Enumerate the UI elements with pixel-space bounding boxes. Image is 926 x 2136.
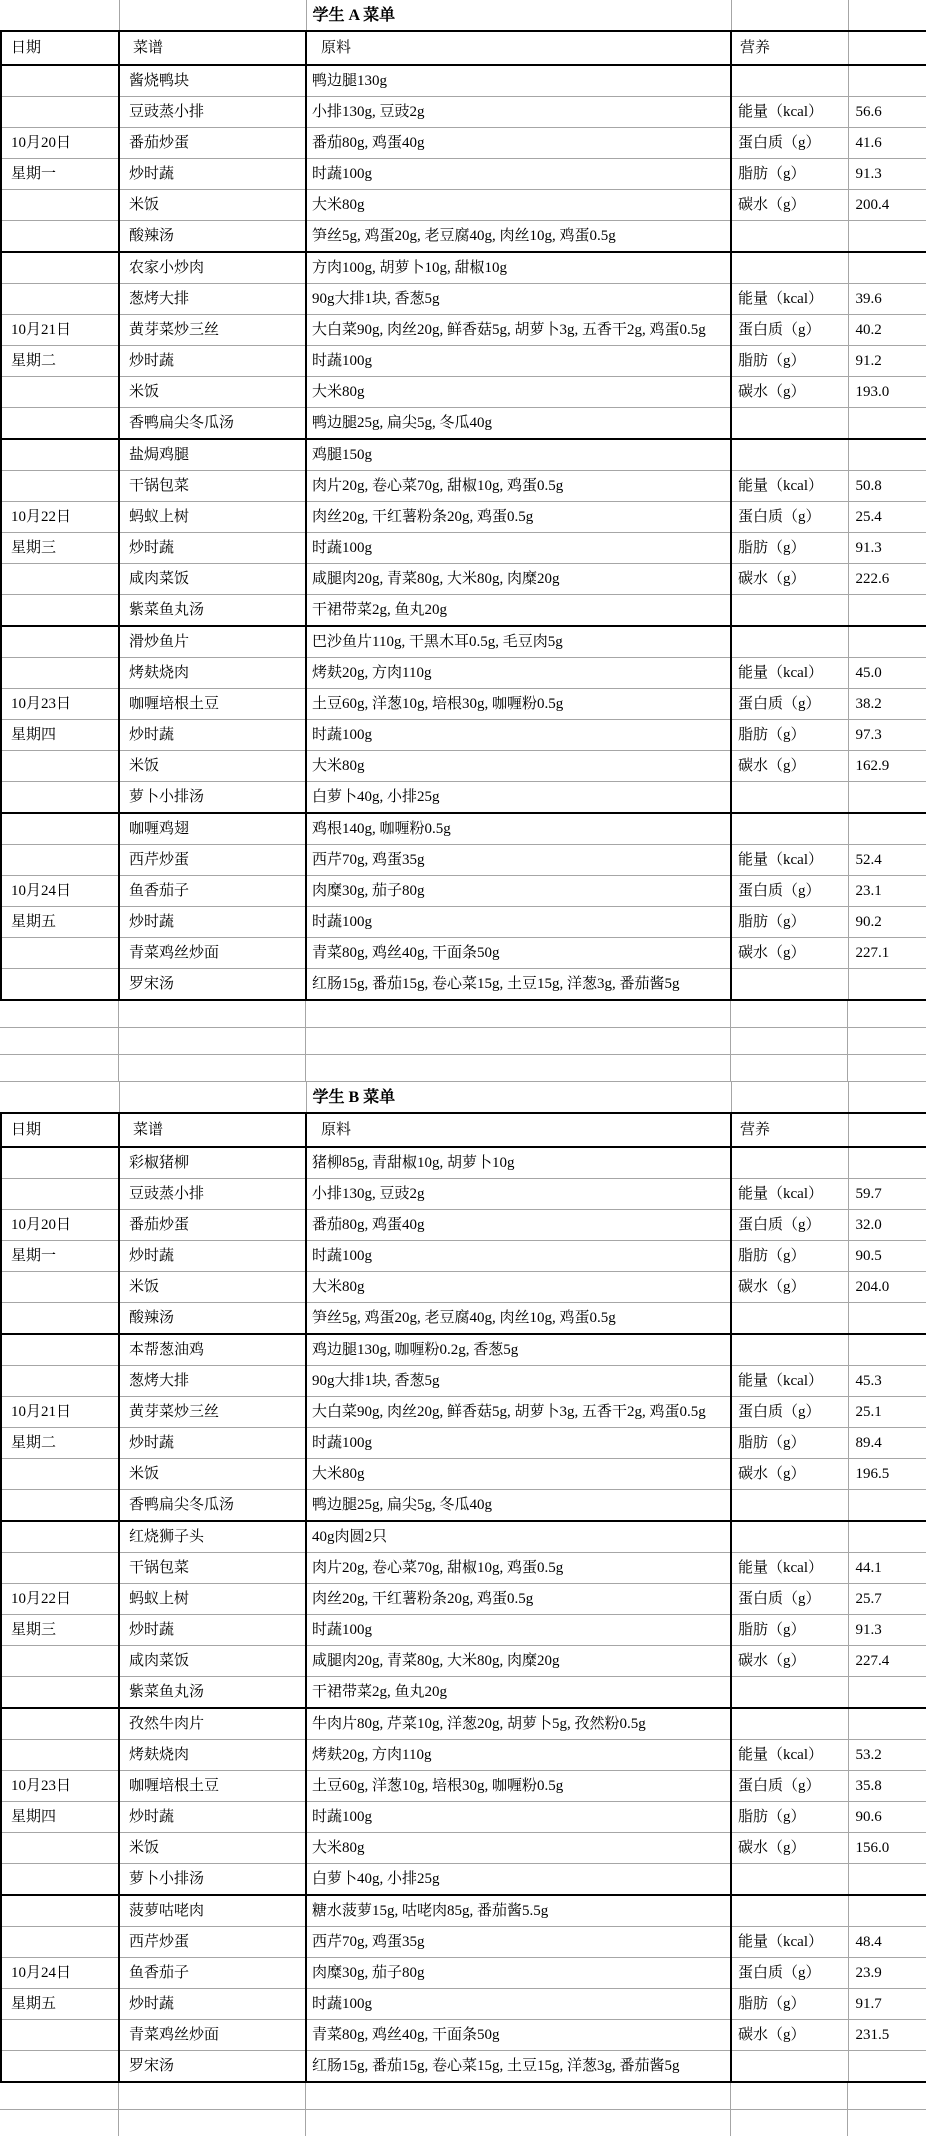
dish-name-cell: 咖喱培根土豆	[119, 689, 306, 720]
empty-row	[0, 2083, 926, 2110]
dish-row: 香鸭扁尖冬瓜汤鸭边腿25g, 扁尖5g, 冬瓜40g	[1, 1490, 926, 1522]
column-header-ingredients: 原料	[306, 31, 731, 65]
date-cell	[1, 1521, 119, 1553]
dish-row: 菠萝咕咾肉糖水菠萝15g, 咕咾肉85g, 番茄酱5.5g	[1, 1895, 926, 1927]
nutrition-label-cell: 能量（kcal）	[731, 97, 848, 128]
dish-name-cell: 炒时蔬	[119, 1802, 306, 1833]
nutrition-value-cell: 204.0	[848, 1272, 926, 1303]
nutrition-label-cell: 脂肪（g）	[731, 907, 848, 938]
nutrition-value-cell: 53.2	[848, 1740, 926, 1771]
ingredients-cell: 时蔬100g	[306, 1428, 731, 1459]
date-cell	[1, 408, 119, 440]
dish-name-cell: 黄芽菜炒三丝	[119, 1397, 306, 1428]
nutrition-value-cell	[848, 2051, 926, 2083]
date-cell	[1, 1147, 119, 1179]
dish-row: 盐焗鸡腿鸡腿150g	[1, 439, 926, 471]
date-cell: 星期二	[1, 346, 119, 377]
ingredients-cell: 鸡腿150g	[306, 439, 731, 471]
nutrition-value-cell: 38.2	[848, 689, 926, 720]
ingredients-cell: 肉片20g, 卷心菜70g, 甜椒10g, 鸡蛋0.5g	[306, 1553, 731, 1584]
date-cell: 星期五	[1, 1989, 119, 2020]
dish-row: 酱烧鸭块鸭边腿130g	[1, 65, 926, 97]
dish-name-cell: 炒时蔬	[119, 1989, 306, 2020]
date-cell	[1, 938, 119, 969]
nutrition-label-cell: 蛋白质（g）	[731, 128, 848, 159]
day-block: 本帮葱油鸡鸡边腿130g, 咖喱粉0.2g, 香葱5g葱烤大排90g大排1块, …	[1, 1334, 926, 1521]
ingredients-cell: 时蔬100g	[306, 1615, 731, 1646]
dish-name-cell: 炒时蔬	[119, 159, 306, 190]
date-cell: 星期三	[1, 533, 119, 564]
dish-row: 星期一炒时蔬时蔬100g脂肪（g）91.3	[1, 159, 926, 190]
nutrition-value-cell: 222.6	[848, 564, 926, 595]
dish-row: 酸辣汤笋丝5g, 鸡蛋20g, 老豆腐40g, 肉丝10g, 鸡蛋0.5g	[1, 1303, 926, 1335]
nutrition-label-cell: 能量（kcal）	[731, 1927, 848, 1958]
date-cell: 星期一	[1, 1241, 119, 1272]
date-cell	[1, 1459, 119, 1490]
nutrition-value-cell	[848, 782, 926, 814]
nutrition-label-cell: 碳水（g）	[731, 1646, 848, 1677]
date-cell: 星期一	[1, 159, 119, 190]
nutrition-value-cell	[848, 1490, 926, 1522]
dish-name-cell: 炒时蔬	[119, 720, 306, 751]
ingredients-cell: 西芹70g, 鸡蛋35g	[306, 1927, 731, 1958]
dish-name-cell: 黄芽菜炒三丝	[119, 315, 306, 346]
nutrition-label-cell	[731, 813, 848, 845]
dish-row: 烤麸烧肉烤麸20g, 方肉110g能量（kcal）45.0	[1, 658, 926, 689]
nutrition-value-cell: 35.8	[848, 1771, 926, 1802]
nutrition-label-cell: 能量（kcal）	[731, 1179, 848, 1210]
dish-row: 10月23日咖喱培根土豆土豆60g, 洋葱10g, 培根30g, 咖喱粉0.5g…	[1, 1771, 926, 1802]
empty-cell	[119, 0, 306, 31]
dish-row: 星期四炒时蔬时蔬100g脂肪（g）97.3	[1, 720, 926, 751]
ingredients-cell: 大米80g	[306, 190, 731, 221]
nutrition-label-cell	[731, 1864, 848, 1896]
day-block: 红烧狮子头40g肉圆2只干锅包菜肉片20g, 卷心菜70g, 甜椒10g, 鸡蛋…	[1, 1521, 926, 1708]
dish-row: 星期二炒时蔬时蔬100g脂肪（g）89.4	[1, 1428, 926, 1459]
nutrition-label-cell	[731, 65, 848, 97]
date-cell: 10月22日	[1, 502, 119, 533]
nutrition-value-cell: 40.2	[848, 315, 926, 346]
nutrition-label-cell	[731, 1303, 848, 1335]
nutrition-label-cell: 脂肪（g）	[731, 533, 848, 564]
ingredients-cell: 白萝卜40g, 小排25g	[306, 782, 731, 814]
dish-name-cell: 萝卜小排汤	[119, 1864, 306, 1896]
dish-name-cell: 红烧狮子头	[119, 1521, 306, 1553]
nutrition-value-cell: 200.4	[848, 190, 926, 221]
nutrition-label-cell	[731, 221, 848, 253]
nutrition-value-cell: 196.5	[848, 1459, 926, 1490]
menu-a-title-row: 学生 A 菜单	[1, 0, 926, 31]
ingredients-cell: 时蔬100g	[306, 1802, 731, 1833]
dish-name-cell: 鱼香茄子	[119, 1958, 306, 1989]
menu-b-table: 学生 B 菜单 日期 菜谱 原料 营养 彩椒猪柳猪柳85g, 青甜椒10g, 胡…	[0, 1082, 926, 2083]
ingredients-cell: 巴沙鱼片110g, 干黑木耳0.5g, 毛豆肉5g	[306, 626, 731, 658]
nutrition-label-cell	[731, 408, 848, 440]
dish-row: 农家小炒肉方肉100g, 胡萝卜10g, 甜椒10g	[1, 252, 926, 284]
day-block: 滑炒鱼片巴沙鱼片110g, 干黑木耳0.5g, 毛豆肉5g烤麸烧肉烤麸20g, …	[1, 626, 926, 813]
empty-row	[0, 1001, 926, 1028]
nutrition-value-cell	[848, 1521, 926, 1553]
ingredients-cell: 笋丝5g, 鸡蛋20g, 老豆腐40g, 肉丝10g, 鸡蛋0.5g	[306, 1303, 731, 1335]
column-header-nutrition: 营养	[731, 1113, 848, 1147]
date-cell	[1, 782, 119, 814]
date-cell	[1, 2051, 119, 2083]
nutrition-value-cell	[848, 1895, 926, 1927]
dish-name-cell: 罗宋汤	[119, 2051, 306, 2083]
date-cell: 10月22日	[1, 1584, 119, 1615]
dish-name-cell: 紫菜鱼丸汤	[119, 595, 306, 627]
nutrition-label-cell: 脂肪（g）	[731, 346, 848, 377]
dish-name-cell: 紫菜鱼丸汤	[119, 1677, 306, 1709]
nutrition-value-cell: 193.0	[848, 377, 926, 408]
dish-row: 咖喱鸡翅鸡根140g, 咖喱粉0.5g	[1, 813, 926, 845]
dish-name-cell: 青菜鸡丝炒面	[119, 938, 306, 969]
date-cell	[1, 252, 119, 284]
dish-row: 10月21日黄芽菜炒三丝大白菜90g, 肉丝20g, 鲜香菇5g, 胡萝卜3g,…	[1, 315, 926, 346]
nutrition-value-cell	[848, 221, 926, 253]
ingredients-cell: 时蔬100g	[306, 1241, 731, 1272]
date-cell	[1, 1334, 119, 1366]
ingredients-cell: 90g大排1块, 香葱5g	[306, 1366, 731, 1397]
dish-row: 彩椒猪柳猪柳85g, 青甜椒10g, 胡萝卜10g	[1, 1147, 926, 1179]
ingredients-cell: 时蔬100g	[306, 533, 731, 564]
date-cell	[1, 969, 119, 1001]
dish-row: 萝卜小排汤白萝卜40g, 小排25g	[1, 782, 926, 814]
menu-a-header-row: 日期 菜谱 原料 营养	[1, 31, 926, 65]
ingredients-cell: 番茄80g, 鸡蛋40g	[306, 128, 731, 159]
nutrition-label-cell: 蛋白质（g）	[731, 502, 848, 533]
date-cell	[1, 1708, 119, 1740]
date-cell	[1, 65, 119, 97]
ingredients-cell: 青菜80g, 鸡丝40g, 干面条50g	[306, 938, 731, 969]
nutrition-label-cell	[731, 1708, 848, 1740]
nutrition-label-cell: 蛋白质（g）	[731, 1958, 848, 1989]
empty-row	[0, 1028, 926, 1055]
ingredients-cell: 小排130g, 豆豉2g	[306, 1179, 731, 1210]
nutrition-value-cell: 32.0	[848, 1210, 926, 1241]
dish-name-cell: 酸辣汤	[119, 1303, 306, 1335]
menu-a-table: 学生 A 菜单 日期 菜谱 原料 营养 酱烧鸭块鸭边腿130g豆豉蒸小排小排13…	[0, 0, 926, 1001]
date-cell	[1, 1677, 119, 1709]
ingredients-cell: 大白菜90g, 肉丝20g, 鲜香菇5g, 胡萝卜3g, 五香干2g, 鸡蛋0.…	[306, 1397, 731, 1428]
ingredients-cell: 咸腿肉20g, 青菜80g, 大米80g, 肉糜20g	[306, 1646, 731, 1677]
dish-name-cell: 盐焗鸡腿	[119, 439, 306, 471]
nutrition-value-cell: 25.1	[848, 1397, 926, 1428]
menu-b-title: 学生 B 菜单	[306, 1082, 731, 1113]
date-cell	[1, 1366, 119, 1397]
dish-name-cell: 烤麸烧肉	[119, 1740, 306, 1771]
dish-row: 干锅包菜肉片20g, 卷心菜70g, 甜椒10g, 鸡蛋0.5g能量（kcal）…	[1, 1553, 926, 1584]
dish-name-cell: 青菜鸡丝炒面	[119, 2020, 306, 2051]
day-block: 咖喱鸡翅鸡根140g, 咖喱粉0.5g西芹炒蛋西芹70g, 鸡蛋35g能量（kc…	[1, 813, 926, 1000]
dish-row: 咸肉菜饭咸腿肉20g, 青菜80g, 大米80g, 肉糜20g碳水（g）227.…	[1, 1646, 926, 1677]
nutrition-label-cell	[731, 1521, 848, 1553]
nutrition-value-cell: 227.1	[848, 938, 926, 969]
nutrition-label-cell	[731, 969, 848, 1001]
ingredients-cell: 烤麸20g, 方肉110g	[306, 658, 731, 689]
nutrition-value-cell: 41.6	[848, 128, 926, 159]
nutrition-label-cell: 脂肪（g）	[731, 1802, 848, 1833]
dish-row: 星期四炒时蔬时蔬100g脂肪（g）90.6	[1, 1802, 926, 1833]
nutrition-label-cell: 能量（kcal）	[731, 1366, 848, 1397]
date-cell	[1, 626, 119, 658]
ingredients-cell: 牛肉片80g, 芹菜10g, 洋葱20g, 胡萝卜5g, 孜然粉0.5g	[306, 1708, 731, 1740]
date-cell: 10月23日	[1, 689, 119, 720]
nutrition-value-cell: 91.3	[848, 1615, 926, 1646]
dish-name-cell: 香鸭扁尖冬瓜汤	[119, 408, 306, 440]
date-cell	[1, 190, 119, 221]
date-cell	[1, 1864, 119, 1896]
nutrition-label-cell: 能量（kcal）	[731, 1740, 848, 1771]
date-cell: 10月20日	[1, 1210, 119, 1241]
dish-name-cell: 葱烤大排	[119, 1366, 306, 1397]
dish-row: 豆豉蒸小排小排130g, 豆豉2g能量（kcal）59.7	[1, 1179, 926, 1210]
empty-cell	[731, 1082, 848, 1113]
dish-name-cell: 滑炒鱼片	[119, 626, 306, 658]
dish-name-cell: 炒时蔬	[119, 346, 306, 377]
day-block: 盐焗鸡腿鸡腿150g干锅包菜肉片20g, 卷心菜70g, 甜椒10g, 鸡蛋0.…	[1, 439, 926, 626]
ingredients-cell: 烤麸20g, 方肉110g	[306, 1740, 731, 1771]
nutrition-value-cell: 25.4	[848, 502, 926, 533]
ingredients-cell: 土豆60g, 洋葱10g, 培根30g, 咖喱粉0.5g	[306, 689, 731, 720]
nutrition-label-cell: 蛋白质（g）	[731, 315, 848, 346]
nutrition-label-cell: 碳水（g）	[731, 1833, 848, 1864]
nutrition-value-cell	[848, 439, 926, 471]
dish-row: 烤麸烧肉烤麸20g, 方肉110g能量（kcal）53.2	[1, 1740, 926, 1771]
empty-row	[0, 2110, 926, 2136]
date-cell	[1, 2020, 119, 2051]
dish-name-cell: 香鸭扁尖冬瓜汤	[119, 1490, 306, 1522]
ingredients-cell: 小排130g, 豆豉2g	[306, 97, 731, 128]
dish-row: 紫菜鱼丸汤干裙带菜2g, 鱼丸20g	[1, 595, 926, 627]
dish-name-cell: 米饭	[119, 190, 306, 221]
dish-name-cell: 干锅包菜	[119, 1553, 306, 1584]
dish-name-cell: 米饭	[119, 1459, 306, 1490]
nutrition-value-cell	[848, 252, 926, 284]
nutrition-value-cell	[848, 595, 926, 627]
date-cell	[1, 1646, 119, 1677]
nutrition-label-cell: 脂肪（g）	[731, 1989, 848, 2020]
ingredients-cell: 青菜80g, 鸡丝40g, 干面条50g	[306, 2020, 731, 2051]
dish-name-cell: 米饭	[119, 751, 306, 782]
ingredients-cell: 鸡边腿130g, 咖喱粉0.2g, 香葱5g	[306, 1334, 731, 1366]
dish-row: 星期一炒时蔬时蔬100g脂肪（g）90.5	[1, 1241, 926, 1272]
date-cell	[1, 658, 119, 689]
day-block: 彩椒猪柳猪柳85g, 青甜椒10g, 胡萝卜10g豆豉蒸小排小排130g, 豆豉…	[1, 1147, 926, 1334]
date-cell: 10月24日	[1, 876, 119, 907]
dish-row: 星期三炒时蔬时蔬100g脂肪（g）91.3	[1, 1615, 926, 1646]
column-header-date: 日期	[1, 31, 119, 65]
date-cell	[1, 1895, 119, 1927]
dish-row: 星期二炒时蔬时蔬100g脂肪（g）91.2	[1, 346, 926, 377]
column-header-recipe: 菜谱	[119, 31, 306, 65]
nutrition-label-cell	[731, 1147, 848, 1179]
nutrition-value-cell	[848, 1708, 926, 1740]
nutrition-value-cell: 52.4	[848, 845, 926, 876]
nutrition-value-cell: 56.6	[848, 97, 926, 128]
date-cell	[1, 1927, 119, 1958]
dish-row: 米饭大米80g碳水（g）156.0	[1, 1833, 926, 1864]
nutrition-label-cell	[731, 252, 848, 284]
nutrition-label-cell	[731, 782, 848, 814]
dish-row: 10月24日鱼香茄子肉糜30g, 茄子80g蛋白质（g）23.9	[1, 1958, 926, 1989]
nutrition-value-cell: 231.5	[848, 2020, 926, 2051]
date-cell: 10月24日	[1, 1958, 119, 1989]
nutrition-value-cell: 97.3	[848, 720, 926, 751]
empty-cell	[119, 1082, 306, 1113]
dish-row: 米饭大米80g碳水（g）200.4	[1, 190, 926, 221]
nutrition-label-cell: 蛋白质（g）	[731, 1397, 848, 1428]
dish-name-cell: 米饭	[119, 377, 306, 408]
nutrition-label-cell	[731, 626, 848, 658]
dish-row: 本帮葱油鸡鸡边腿130g, 咖喱粉0.2g, 香葱5g	[1, 1334, 926, 1366]
dish-name-cell: 咖喱鸡翅	[119, 813, 306, 845]
ingredients-cell: 鸭边腿130g	[306, 65, 731, 97]
dish-row: 红烧狮子头40g肉圆2只	[1, 1521, 926, 1553]
dish-name-cell: 咖喱培根土豆	[119, 1771, 306, 1802]
date-cell	[1, 1179, 119, 1210]
dish-row: 葱烤大排90g大排1块, 香葱5g能量（kcal）45.3	[1, 1366, 926, 1397]
dish-row: 10月22日蚂蚁上树肉丝20g, 干红薯粉条20g, 鸡蛋0.5g蛋白质（g）2…	[1, 1584, 926, 1615]
nutrition-value-cell: 91.3	[848, 533, 926, 564]
nutrition-label-cell: 蛋白质（g）	[731, 876, 848, 907]
dish-row: 青菜鸡丝炒面青菜80g, 鸡丝40g, 干面条50g碳水（g）227.1	[1, 938, 926, 969]
day-block: 酱烧鸭块鸭边腿130g豆豉蒸小排小排130g, 豆豉2g能量（kcal）56.6…	[1, 65, 926, 252]
dish-name-cell: 咸肉菜饭	[119, 1646, 306, 1677]
empty-cell	[848, 1082, 926, 1113]
dish-row: 干锅包菜肉片20g, 卷心菜70g, 甜椒10g, 鸡蛋0.5g能量（kcal）…	[1, 471, 926, 502]
nutrition-label-cell: 碳水（g）	[731, 377, 848, 408]
dish-name-cell: 孜然牛肉片	[119, 1708, 306, 1740]
dish-name-cell: 炒时蔬	[119, 1241, 306, 1272]
date-cell	[1, 1553, 119, 1584]
nutrition-value-cell: 44.1	[848, 1553, 926, 1584]
ingredients-cell: 白萝卜40g, 小排25g	[306, 1864, 731, 1896]
ingredients-cell: 鸭边腿25g, 扁尖5g, 冬瓜40g	[306, 1490, 731, 1522]
ingredients-cell: 90g大排1块, 香葱5g	[306, 284, 731, 315]
nutrition-label-cell: 碳水（g）	[731, 1459, 848, 1490]
date-cell: 10月21日	[1, 315, 119, 346]
ingredients-cell: 大米80g	[306, 1272, 731, 1303]
nutrition-label-cell: 能量（kcal）	[731, 1553, 848, 1584]
dish-row: 酸辣汤笋丝5g, 鸡蛋20g, 老豆腐40g, 肉丝10g, 鸡蛋0.5g	[1, 221, 926, 253]
nutrition-value-cell: 90.6	[848, 1802, 926, 1833]
nutrition-label-cell: 能量（kcal）	[731, 845, 848, 876]
ingredients-cell: 土豆60g, 洋葱10g, 培根30g, 咖喱粉0.5g	[306, 1771, 731, 1802]
nutrition-label-cell: 脂肪（g）	[731, 1615, 848, 1646]
ingredients-cell: 肉糜30g, 茄子80g	[306, 1958, 731, 1989]
menu-b-title-row: 学生 B 菜单	[1, 1082, 926, 1113]
dish-row: 罗宋汤红肠15g, 番茄15g, 卷心菜15g, 土豆15g, 洋葱3g, 番茄…	[1, 2051, 926, 2083]
nutrition-label-cell	[731, 2051, 848, 2083]
column-header-ingredients: 原料	[306, 1113, 731, 1147]
dish-row: 星期三炒时蔬时蔬100g脂肪（g）91.3	[1, 533, 926, 564]
nutrition-value-cell	[848, 1303, 926, 1335]
dish-row: 10月20日番茄炒蛋番茄80g, 鸡蛋40g蛋白质（g）32.0	[1, 1210, 926, 1241]
dish-name-cell: 西芹炒蛋	[119, 845, 306, 876]
menu-a-title: 学生 A 菜单	[306, 0, 731, 31]
dish-row: 米饭大米80g碳水（g）193.0	[1, 377, 926, 408]
nutrition-value-cell: 25.7	[848, 1584, 926, 1615]
empty-cell	[848, 0, 926, 31]
nutrition-value-cell: 39.6	[848, 284, 926, 315]
dish-row: 萝卜小排汤白萝卜40g, 小排25g	[1, 1864, 926, 1896]
dish-name-cell: 炒时蔬	[119, 907, 306, 938]
date-cell	[1, 377, 119, 408]
ingredients-cell: 干裙带菜2g, 鱼丸20g	[306, 1677, 731, 1709]
nutrition-label-cell: 脂肪（g）	[731, 1241, 848, 1272]
nutrition-label-cell: 碳水（g）	[731, 2020, 848, 2051]
date-cell	[1, 595, 119, 627]
date-cell	[1, 1490, 119, 1522]
dish-name-cell: 豆豉蒸小排	[119, 97, 306, 128]
ingredients-cell: 大米80g	[306, 377, 731, 408]
ingredients-cell: 咸腿肉20g, 青菜80g, 大米80g, 肉糜20g	[306, 564, 731, 595]
dish-row: 米饭大米80g碳水（g）196.5	[1, 1459, 926, 1490]
empty-grid-rows	[0, 1001, 926, 1082]
nutrition-label-cell: 脂肪（g）	[731, 1428, 848, 1459]
dish-name-cell: 干锅包菜	[119, 471, 306, 502]
empty-row	[0, 1055, 926, 1082]
nutrition-label-cell: 能量（kcal）	[731, 658, 848, 689]
ingredients-cell: 时蔬100g	[306, 346, 731, 377]
menu-b-header-row: 日期 菜谱 原料 营养	[1, 1113, 926, 1147]
nutrition-label-cell: 碳水（g）	[731, 938, 848, 969]
dish-name-cell: 炒时蔬	[119, 1615, 306, 1646]
nutrition-value-cell: 91.7	[848, 1989, 926, 2020]
dish-name-cell: 烤麸烧肉	[119, 658, 306, 689]
ingredients-cell: 肉糜30g, 茄子80g	[306, 876, 731, 907]
dish-name-cell: 蚂蚁上树	[119, 502, 306, 533]
column-header-date: 日期	[1, 1113, 119, 1147]
dish-row: 星期五炒时蔬时蔬100g脂肪（g）91.7	[1, 1989, 926, 2020]
nutrition-value-cell: 162.9	[848, 751, 926, 782]
ingredients-cell: 大米80g	[306, 1833, 731, 1864]
nutrition-label-cell: 碳水（g）	[731, 564, 848, 595]
ingredients-cell: 肉片20g, 卷心菜70g, 甜椒10g, 鸡蛋0.5g	[306, 471, 731, 502]
nutrition-label-cell	[731, 1490, 848, 1522]
nutrition-value-cell: 156.0	[848, 1833, 926, 1864]
date-cell	[1, 1833, 119, 1864]
ingredients-cell: 时蔬100g	[306, 720, 731, 751]
nutrition-label-cell: 能量（kcal）	[731, 284, 848, 315]
ingredients-cell: 红肠15g, 番茄15g, 卷心菜15g, 土豆15g, 洋葱3g, 番茄酱5g	[306, 969, 731, 1001]
dish-name-cell: 炒时蔬	[119, 1428, 306, 1459]
dish-name-cell: 葱烤大排	[119, 284, 306, 315]
nutrition-label-cell: 蛋白质（g）	[731, 1210, 848, 1241]
nutrition-value-cell	[848, 65, 926, 97]
column-header-nutrition: 营养	[731, 31, 848, 65]
dish-row: 10月24日鱼香茄子肉糜30g, 茄子80g蛋白质（g）23.1	[1, 876, 926, 907]
dish-name-cell: 酸辣汤	[119, 221, 306, 253]
nutrition-value-cell: 45.0	[848, 658, 926, 689]
nutrition-label-cell: 碳水（g）	[731, 751, 848, 782]
ingredients-cell: 红肠15g, 番茄15g, 卷心菜15g, 土豆15g, 洋葱3g, 番茄酱5g	[306, 2051, 731, 2083]
dish-name-cell: 菠萝咕咾肉	[119, 1895, 306, 1927]
nutrition-label-cell	[731, 1334, 848, 1366]
ingredients-cell: 大米80g	[306, 1459, 731, 1490]
dish-row: 罗宋汤红肠15g, 番茄15g, 卷心菜15g, 土豆15g, 洋葱3g, 番茄…	[1, 969, 926, 1001]
dish-name-cell: 炒时蔬	[119, 533, 306, 564]
dish-name-cell: 豆豉蒸小排	[119, 1179, 306, 1210]
date-cell: 星期三	[1, 1615, 119, 1646]
nutrition-value-cell: 23.9	[848, 1958, 926, 1989]
nutrition-label-cell: 蛋白质（g）	[731, 1771, 848, 1802]
nutrition-label-cell	[731, 1895, 848, 1927]
ingredients-cell: 笋丝5g, 鸡蛋20g, 老豆腐40g, 肉丝10g, 鸡蛋0.5g	[306, 221, 731, 253]
nutrition-label-cell: 碳水（g）	[731, 1272, 848, 1303]
column-header-recipe: 菜谱	[119, 1113, 306, 1147]
